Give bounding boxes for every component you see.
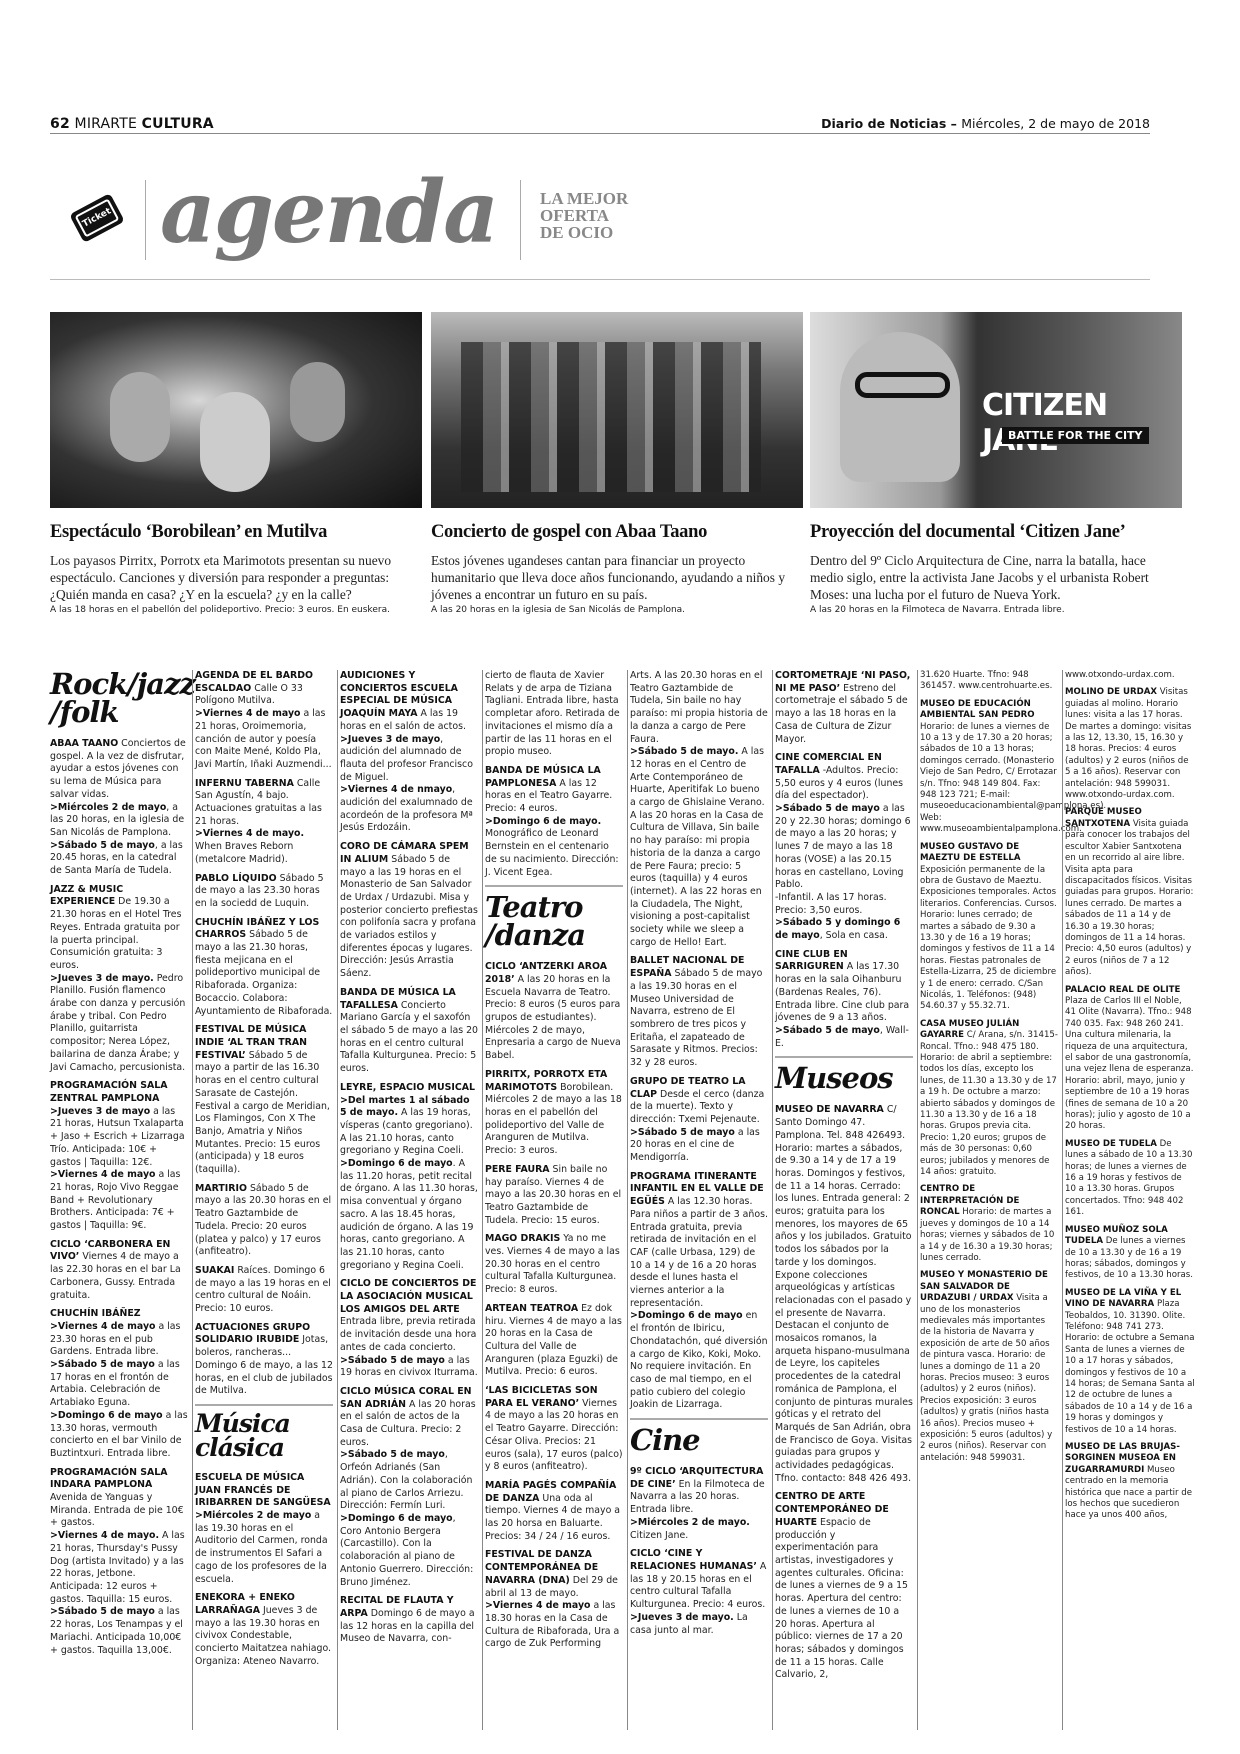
entry-text: 31.620 Huarte. Tfno: 948 361457. www.cen… xyxy=(920,670,1058,693)
entry-date: >Miércoles 2 de mayo xyxy=(50,802,166,813)
entry-text: CENTRO DE ARTE CONTEMPORÁNEO DE HUARTE E… xyxy=(775,1491,913,1682)
entry-title: FESTIVAL DE DANZA CONTEMPORÁNEA DE NAVAR… xyxy=(485,1549,598,1585)
entry-title: ENEKORA + ENEKO LARRAÑAGA xyxy=(195,1592,295,1616)
entry-title: BALLET NACIONAL DE ESPAÑA xyxy=(630,955,744,979)
listing-entry: BANDA DE MÚSICA LA TAFALLESA Concierto M… xyxy=(340,987,478,1076)
entry-date-line: >Sábado 5 de mayo, Wall-E. xyxy=(775,1025,913,1050)
entry-date: >Sábado 5 de mayo xyxy=(775,1025,880,1036)
listing-column: 31.620 Huarte. Tfno: 948 361457. www.cen… xyxy=(920,670,1058,1730)
entry-title: 9º CICLO ‘ARQUITECTURA DE CINE’ xyxy=(630,1466,763,1490)
entry-text: FESTIVAL DE MÚSICA INDIE ‘AL TRAN TRAN F… xyxy=(195,1024,333,1176)
listing-entry: Arts. A las 20.30 horas en el Teatro Gaz… xyxy=(630,670,768,949)
listing-entry: CHUCHÍN IBÁÑEZ >Viernes 4 de mayo a las … xyxy=(50,1308,188,1460)
entry-text: CINE CLUB EN SARRIGUREN A las 17.30 hora… xyxy=(775,949,913,1025)
feature-body: Estos jóvenes ugandeses cantan para fina… xyxy=(431,552,803,603)
entry-text: Arts. A las 20.30 horas en el Teatro Gaz… xyxy=(630,670,768,746)
entry-date-line: >Viernes 4 de mayo. When Braves Reborn (… xyxy=(195,828,333,866)
entry-text: PALACIO REAL DE OLITE Plaza de Carlos II… xyxy=(1065,985,1195,1133)
entry-text: ACTUACIONES GRUPO SOLIDARIO IRUBIDE Jota… xyxy=(195,1322,333,1398)
listing-entry: CORO DE CÁMARA SPEM IN ALIUM Sábado 5 de… xyxy=(340,841,478,981)
section-heading-clasica: Música clásica xyxy=(195,1404,333,1460)
listing-entry: ‘LAS BICICLETAS SON PARA EL VERANO’ Vier… xyxy=(485,1385,623,1474)
entry-text: BANDA DE MÚSICA LA TAFALLESA Concierto M… xyxy=(340,987,478,1076)
listing-entry: CENTRO DE INTERPRETACIÓN DE RONCAL Horar… xyxy=(920,1184,1058,1264)
entry-text: CICLO ‘CINE Y RELACIONES HUMANAS’ A las … xyxy=(630,1548,768,1612)
entry-title: MARTIRIO xyxy=(195,1183,247,1194)
listing-entry: MUSEO GUSTAVO DE MAEZTU DE ESTELLA Expos… xyxy=(920,842,1058,1013)
listing-entry: CORTOMETRAJE ‘NI PASO, NI ME PASO’ Estre… xyxy=(775,670,913,746)
listing-entry: 31.620 Huarte. Tfno: 948 361457. www.cen… xyxy=(920,670,1058,693)
section-heading-teatro: Teatro /danza xyxy=(485,885,623,949)
listing-entry: MARTIRIO Sábado 5 de mayo a las 20.30 ho… xyxy=(195,1183,333,1259)
entry-date: >Viernes 4 de mayo xyxy=(50,1169,156,1180)
entry-date: >Viernes 4 de mayo. xyxy=(50,1530,159,1541)
listing-entry: MUSEO DE TUDELA De lunes a sábado de 10 … xyxy=(1065,1139,1195,1219)
entry-text: PROGRAMACIÓN SALA ZENTRAL PAMPLONA xyxy=(50,1080,188,1105)
entry-title: PABLO LÍQUIDO xyxy=(195,873,277,884)
entry-text: CICLO DE CONCIERTOS DE LA ASOCIACIÓN MUS… xyxy=(340,1278,478,1354)
listing-entry: www.otxondo-urdax.com. xyxy=(1065,670,1195,681)
entry-date-line: >Miércoles 2 de mayo, a las 20 horas, en… xyxy=(50,802,188,840)
entry-text: ABAA TAANO Conciertos de gospel. A la ve… xyxy=(50,738,188,802)
entry-text: www.otxondo-urdax.com. xyxy=(1065,670,1195,681)
entry-text: CORTOMETRAJE ‘NI PASO, NI ME PASO’ Estre… xyxy=(775,670,913,746)
entry-text: CENTRO DE INTERPRETACIÓN DE RONCAL Horar… xyxy=(920,1184,1058,1264)
listing-entry: PALACIO REAL DE OLITE Plaza de Carlos II… xyxy=(1065,985,1195,1133)
entry-title: CORO DE CÁMARA SPEM IN ALIUM xyxy=(340,841,469,865)
section-heading-museos: Museos xyxy=(775,1056,913,1092)
entry-date-line: >Domingo 6 de mayo. Monográfico de Leona… xyxy=(485,816,623,880)
entry-date-line: >Del martes 1 al sábado 5 de mayo. A las… xyxy=(340,1095,478,1159)
entry-text: CINE COMERCIAL EN TAFALLA -Adultos. Prec… xyxy=(775,752,913,803)
listing-entry: cierto de flauta de Xavier Relats y de a… xyxy=(485,670,623,759)
feature-meta: A las 20 horas en la Filmoteca de Navarr… xyxy=(810,605,1182,615)
entry-date-line: >Viernes 4 de mayo a las 18.30 horas en … xyxy=(485,1600,623,1651)
entry-date-line: >Viernes 4 de nmayo, audición del exalum… xyxy=(340,784,478,835)
entry-text: PROGRAMA ITINERANTE INFANTIL EN EL VALLE… xyxy=(630,1171,768,1311)
entry-title: CICLO MÚSICA CORAL EN SAN ADRIÁN xyxy=(340,1386,472,1410)
entry-date: >Domingo 6 de mayo xyxy=(340,1513,453,1524)
entry-date-line: >Jueves 3 de mayo. La casa junto al mar. xyxy=(630,1612,768,1637)
listing-entry: MUSEO DE NAVARRA C/ Santo Domingo 47. Pa… xyxy=(775,1104,913,1485)
entry-text: MUSEO DE LA VIÑA Y EL VINO DE NAVARRA Pl… xyxy=(1065,1288,1195,1436)
entry-title: MUSEO DE EDUCACIÓN AMBIENTAL SAN PEDRO xyxy=(920,699,1035,720)
listing-column: Rock/jazz /folkABAA TAANO Conciertos de … xyxy=(50,670,188,1730)
entry-title: CASA MUSEO JULIÁN GAYARRE xyxy=(920,1019,1019,1040)
listing-entry: PARQUE MUSEO SANTXOTENA Visita guiada pa… xyxy=(1065,807,1195,978)
divider xyxy=(145,180,146,260)
entry-title: FESTIVAL DE MÚSICA INDIE ‘AL TRAN TRAN F… xyxy=(195,1024,307,1060)
listing-column: AGENDA DE EL BARDO ESCALDAO Calle O 33 P… xyxy=(195,670,333,1730)
entry-date: >Domingo 6 de mayo xyxy=(340,1158,453,1169)
listing-entry: BALLET NACIONAL DE ESPAÑA Sábado 5 de ma… xyxy=(630,955,768,1069)
entry-text: CICLO ‘CARBONERA EN VIVO’ Viernes 4 de m… xyxy=(50,1239,188,1303)
listing-entry: PROGRAMACIÓN SALA INDARA PAMPLONA Avenid… xyxy=(50,1467,188,1658)
entry-date: >Sábado 5 de mayo xyxy=(50,1606,155,1617)
entry-text: MUSEO Y MONASTERIO DE SAN SALVADOR DE UR… xyxy=(920,1270,1058,1464)
listing-entry: PERE FAURA Sin baile no hay paraíso. Vie… xyxy=(485,1164,623,1228)
entry-text: PABLO LÍQUIDO Sábado 5 de mayo a las 23.… xyxy=(195,873,333,911)
entry-title: AGENDA DE EL BARDO ESCALDAO xyxy=(195,670,313,694)
entry-text: CHUCHÍN IBÁÑEZ xyxy=(50,1308,188,1321)
listing-entry: MUSEO Y MONASTERIO DE SAN SALVADOR DE UR… xyxy=(920,1270,1058,1464)
listing-entry: MUSEO DE LA VIÑA Y EL VINO DE NAVARRA Pl… xyxy=(1065,1288,1195,1436)
entry-text: MUSEO DE NAVARRA C/ Santo Domingo 47. Pa… xyxy=(775,1104,913,1485)
ticket-icon: Ticket xyxy=(69,193,125,243)
listing-entry: FESTIVAL DE MÚSICA INDIE ‘AL TRAN TRAN F… xyxy=(195,1024,333,1176)
entry-date: >Sábado 5 de mayo xyxy=(630,1127,735,1138)
section-heading-cine: Cine xyxy=(630,1418,768,1454)
listing-entry: CINE CLUB EN SARRIGUREN A las 17.30 hora… xyxy=(775,949,913,1051)
entry-date: >Viernes 4 de nmayo xyxy=(340,784,452,795)
entry-text: MUSEO DE LAS BRUJAS-SORGINEN MUSEOA EN Z… xyxy=(1065,1442,1195,1522)
listing-entry: SUAKAI Raíces. Domingo 6 de mayo a las 1… xyxy=(195,1265,333,1316)
entry-title: ‘LAS BICICLETAS SON PARA EL VERANO’ xyxy=(485,1385,598,1409)
listing-entry: CICLO ‘ANTZERKI AROA 2018’ A las 20 hora… xyxy=(485,961,623,1063)
entry-title: MUSEO DE LA VIÑA Y EL VINO DE NAVARRA xyxy=(1065,1288,1181,1309)
entry-text: LEYRE, ESPACIO MUSICAL xyxy=(340,1082,478,1095)
listing-column: cierto de flauta de Xavier Relats y de a… xyxy=(485,670,623,1730)
entry-title: ACTUACIONES GRUPO SOLIDARIO IRUBIDE xyxy=(195,1322,310,1346)
listing-entry: ENEKORA + ENEKO LARRAÑAGA Jueves 3 de ma… xyxy=(195,1592,333,1668)
entry-title: RECITAL DE FLAUTA Y ARPA xyxy=(340,1595,454,1619)
feature-title: Concierto de gospel con Abaa Taano xyxy=(431,522,803,543)
section-label: 62 MIRARTE CULTURA xyxy=(50,116,214,132)
entry-text: MARTIRIO Sábado 5 de mayo a las 20.30 ho… xyxy=(195,1183,333,1259)
entry-date-line: >Sábado 5 de mayo a las 22 horas, Los Te… xyxy=(50,1606,188,1657)
entry-title: CICLO ‘CARBONERA EN VIVO’ xyxy=(50,1239,170,1263)
entry-text: SUAKAI Raíces. Domingo 6 de mayo a las 1… xyxy=(195,1265,333,1316)
listing-entry: MAGO DRAKIS Ya no me ves. Viernes 4 de m… xyxy=(485,1233,623,1297)
entry-date: >Miércoles 2 de mayo. xyxy=(630,1517,750,1528)
listing-entry: RECITAL DE FLAUTA Y ARPA Domingo 6 de ma… xyxy=(340,1595,478,1646)
entry-date-line: -Infantil. A las 17 horas. Precio: 3,50 … xyxy=(775,892,913,917)
entry-date: >Sábado 5 de mayo xyxy=(50,840,155,851)
entry-title: CORTOMETRAJE ‘NI PASO, NI ME PASO’ xyxy=(775,670,910,694)
entry-text: JAZZ & MUSIC EXPERIENCE De 19.30 a 21.30… xyxy=(50,884,188,973)
entry-date: >Jueves 3 de mayo xyxy=(340,734,440,745)
entry-title: JAZZ & MUSIC EXPERIENCE xyxy=(50,884,123,908)
listing-entry: CHUCHÍN IBÁÑEZ Y LOS CHARROS Sábado 5 de… xyxy=(195,917,333,1019)
entry-date-line: >Sábado 5 y domingo 6 de mayo, Sola en c… xyxy=(775,917,913,942)
entry-text: PROGRAMACIÓN SALA INDARA PAMPLONA Avenid… xyxy=(50,1467,188,1531)
photo-citizen-jane-poster: CITIZEN JANE BATTLE FOR THE CITY xyxy=(810,312,1182,508)
feature-title: Proyección del documental ‘Citizen Jane’ xyxy=(810,522,1182,543)
entry-title: ABAA TAANO xyxy=(50,738,118,749)
entry-text: MARÍA PAGÉS COMPAÑÍA DE DANZA Una oda al… xyxy=(485,1480,623,1544)
listing-entry: PIRRITX, PORROTX ETA MARIMOTOTS Borobile… xyxy=(485,1069,623,1158)
entry-title: CICLO ‘ANTZERKI AROA 2018’ xyxy=(485,961,607,985)
entry-date: >Sábado 5 y domingo 6 de mayo xyxy=(775,917,900,941)
entry-text: MUSEO GUSTAVO DE MAEZTU DE ESTELLA Expos… xyxy=(920,842,1058,1013)
listing-entry: ACTUACIONES GRUPO SOLIDARIO IRUBIDE Jota… xyxy=(195,1322,333,1398)
entry-date-line: >Domingo 6 de mayo, Coro Antonio Bergera… xyxy=(340,1513,478,1589)
listing-entry: CICLO ‘CINE Y RELACIONES HUMANAS’ A las … xyxy=(630,1548,768,1637)
entry-title: CINE CLUB EN SARRIGUREN xyxy=(775,949,848,973)
photo-gospel-choir xyxy=(431,312,803,508)
listing-entry: MUSEO DE LAS BRUJAS-SORGINEN MUSEOA EN Z… xyxy=(1065,1442,1195,1522)
entry-text: FESTIVAL DE DANZA CONTEMPORÁNEA DE NAVAR… xyxy=(485,1549,623,1600)
entry-date-line: >Domingo 6 de mayo a las 13.30 horas, ve… xyxy=(50,1410,188,1461)
entry-title: MUSEO Y MONASTERIO DE SAN SALVADOR DE UR… xyxy=(920,1270,1048,1303)
listing-entry: CICLO MÚSICA CORAL EN SAN ADRIÁN A las 2… xyxy=(340,1386,478,1589)
entry-date-line: >Sábado 5 de mayo a las 20 y 22.30 horas… xyxy=(775,803,913,892)
listing-entry: AUDICIONES Y CONCIERTOS ESCUELA ESPECIAL… xyxy=(340,670,478,835)
entry-date: >Sábado 5 de mayo. xyxy=(630,746,738,757)
entry-text: MOLINO DE URDAX Visitas guiadas al molin… xyxy=(1065,687,1195,801)
entry-title: CICLO DE CONCIERTOS DE LA ASOCIACIÓN MUS… xyxy=(340,1278,476,1314)
entry-date: >Del martes 1 al sábado 5 de mayo. xyxy=(340,1095,470,1119)
entry-text: RECITAL DE FLAUTA Y ARPA Domingo 6 de ma… xyxy=(340,1595,478,1646)
entry-date: >Jueves 3 de mayo. xyxy=(630,1612,734,1623)
listing-entry: CASA MUSEO JULIÁN GAYARRE C/ Arana, s/n.… xyxy=(920,1019,1058,1179)
listing-entry: FESTIVAL DE DANZA CONTEMPORÁNEA DE NAVAR… xyxy=(485,1549,623,1651)
divider xyxy=(520,180,521,260)
entry-text: AGENDA DE EL BARDO ESCALDAO Calle O 33 P… xyxy=(195,670,333,708)
entry-date: >Sábado 5 de mayo xyxy=(775,803,880,814)
entry-title: PARQUE MUSEO SANTXOTENA xyxy=(1065,807,1142,828)
entry-date: >Jueves 3 de mayo xyxy=(50,1106,150,1117)
entry-date-line: >Viernes 4 de mayo. A las 21 horas, Thur… xyxy=(50,1530,188,1606)
listing-column: AUDICIONES Y CONCIERTOS ESCUELA ESPECIAL… xyxy=(340,670,478,1730)
listing-entry: AGENDA DE EL BARDO ESCALDAO Calle O 33 P… xyxy=(195,670,333,772)
entry-date-line: >Miércoles 2 de mayo. Citizen Jane. xyxy=(630,1517,768,1542)
listing-entry: 9º CICLO ‘ARQUITECTURA DE CINE’ En la Fi… xyxy=(630,1466,768,1542)
entry-title: PIRRITX, PORROTX ETA MARIMOTOTS xyxy=(485,1069,607,1093)
feature-title: Espectáculo ‘Borobilean’ en Mutilva xyxy=(50,522,422,543)
listing-column: CORTOMETRAJE ‘NI PASO, NI ME PASO’ Estre… xyxy=(775,670,913,1730)
entry-text: GRUPO DE TEATRO LA CLAP Desde el cerco (… xyxy=(630,1076,768,1127)
entry-title: BANDA DE MÚSICA LA PAMPLONESA xyxy=(485,765,601,789)
entry-text: CASA MUSEO JULIÁN GAYARRE C/ Arana, s/n.… xyxy=(920,1019,1058,1179)
listing-entry: MUSEO MUÑOZ SOLA TUDELA De lunes a viern… xyxy=(1065,1225,1195,1282)
entry-date: >Domingo 6 de mayo. xyxy=(485,816,601,827)
entry-text: BALLET NACIONAL DE ESPAÑA Sábado 5 de ma… xyxy=(630,955,768,1069)
entry-title: PROGRAMACIÓN SALA INDARA PAMPLONA xyxy=(50,1467,168,1491)
entry-title: SUAKAI xyxy=(195,1265,234,1276)
entry-title: MUSEO GUSTAVO DE MAEZTU DE ESTELLA xyxy=(920,842,1021,863)
feature-citizen-jane: Proyección del documental ‘Citizen Jane’… xyxy=(810,522,1182,615)
entry-date-line: >Viernes 4 de mayo a las 21 horas, Oroim… xyxy=(195,708,333,772)
entry-date-line: >Sábado 5 de mayo a las 20 horas en el c… xyxy=(630,1127,768,1165)
entry-date-line: >Sábado 5 de mayo, a las 20.45 horas, en… xyxy=(50,840,188,878)
entry-date: >Sábado 5 de mayo xyxy=(340,1449,445,1460)
entry-date-line: >Miércoles 2 de mayo a las 19.30 horas e… xyxy=(195,1510,333,1586)
entry-text: MUSEO DE TUDELA De lunes a sábado de 10 … xyxy=(1065,1139,1195,1219)
listing-entry: PROGRAMA ITINERANTE INFANTIL EN EL VALLE… xyxy=(630,1171,768,1412)
entry-text: INFERNU TABERNA Calle San Agustín, 4 baj… xyxy=(195,778,333,829)
listing-entry: PABLO LÍQUIDO Sábado 5 de mayo a las 23.… xyxy=(195,873,333,911)
entry-date-line: >Jueves 3 de mayo. Pedro Planillo. Fusió… xyxy=(50,973,188,1075)
entry-title: MUSEO DE NAVARRA xyxy=(775,1104,884,1115)
entry-title: MUSEO DE TUDELA xyxy=(1065,1139,1157,1149)
poster-title: CITIZEN JANE xyxy=(982,388,1182,458)
feature-meta: A las 18 horas en el pabellón del polide… xyxy=(50,605,422,615)
entry-title: MARÍA PAGÉS COMPAÑÍA DE DANZA xyxy=(485,1480,616,1504)
entry-title: ARTEAN TEATROA xyxy=(485,1303,578,1314)
entry-title: PROGRAMA ITINERANTE INFANTIL EN EL VALLE… xyxy=(630,1171,764,1207)
entry-title: CENTRO DE ARTE CONTEMPORÁNEO DE HUARTE xyxy=(775,1491,889,1527)
entry-text: BANDA DE MÚSICA LA PAMPLONESA A las 12 h… xyxy=(485,765,623,816)
feature-meta: A las 20 horas en la iglesia de San Nico… xyxy=(431,605,803,615)
entry-date: >Miércoles 2 de mayo xyxy=(195,1510,311,1521)
entry-title: CHUCHÍN IBÁÑEZ Y LOS CHARROS xyxy=(195,917,319,941)
entry-text: PARQUE MUSEO SANTXOTENA Visita guiada pa… xyxy=(1065,807,1195,978)
entry-title: PERE FAURA xyxy=(485,1164,550,1175)
entry-date-line: >Domingo 6 de mayo en el frontón de Ibir… xyxy=(630,1310,768,1412)
listing-entry: JAZZ & MUSIC EXPERIENCE De 19.30 a 21.30… xyxy=(50,884,188,1075)
entry-title: PALACIO REAL DE OLITE xyxy=(1065,985,1180,995)
entry-text: cierto de flauta de Xavier Relats y de a… xyxy=(485,670,623,759)
entry-date-line: >Viernes 4 de mayo a las 21 horas, Rojo … xyxy=(50,1169,188,1233)
entry-title: CICLO ‘CINE Y RELACIONES HUMANAS’ xyxy=(630,1548,757,1572)
listing-entry: ABAA TAANO Conciertos de gospel. A la ve… xyxy=(50,738,188,878)
listing-entry: PROGRAMACIÓN SALA ZENTRAL PAMPLONA >Juev… xyxy=(50,1080,188,1232)
entry-date-line: >Jueves 3 de mayo a las 21 horas, Hutsun… xyxy=(50,1106,188,1170)
listing-entry: GRUPO DE TEATRO LA CLAP Desde el cerco (… xyxy=(630,1076,768,1165)
entry-date-line: >Domingo 6 de mayo. A las 11.20 horas, p… xyxy=(340,1158,478,1272)
section-heading-rock: Rock/jazz /folk xyxy=(50,670,188,726)
entry-text: AUDICIONES Y CONCIERTOS ESCUELA ESPECIAL… xyxy=(340,670,478,734)
entry-title: CENTRO DE INTERPRETACIÓN DE RONCAL xyxy=(920,1184,1019,1217)
entry-date: >Domingo 6 de mayo xyxy=(630,1310,743,1321)
entry-title: MUSEO DE LAS BRUJAS-SORGINEN MUSEOA EN Z… xyxy=(1065,1442,1180,1475)
entry-date: >Viernes 4 de mayo xyxy=(50,1321,156,1332)
listing-entry: ARTEAN TEATROA Ez dok hiru. Viernes 4 de… xyxy=(485,1303,623,1379)
feature-body: Los payasos Pirritx, Porrotx eta Marimot… xyxy=(50,552,422,603)
entry-title: GRUPO DE TEATRO LA CLAP xyxy=(630,1076,745,1100)
page-header: 62 MIRARTE CULTURA Diario de Noticias – … xyxy=(50,116,1150,134)
entry-text: CHUCHÍN IBÁÑEZ Y LOS CHARROS Sábado 5 de… xyxy=(195,917,333,1019)
entry-text: ARTEAN TEATROA Ez dok hiru. Viernes 4 de… xyxy=(485,1303,623,1379)
listing-column: Arts. A las 20.30 horas en el Teatro Gaz… xyxy=(630,670,768,1730)
listing-entry: MOLINO DE URDAX Visitas guiadas al molin… xyxy=(1065,687,1195,801)
entry-title: INFERNU TABERNA xyxy=(195,778,294,789)
entry-title: LEYRE, ESPACIO MUSICAL xyxy=(340,1082,475,1093)
entry-date: >Viernes 4 de mayo. xyxy=(195,828,304,839)
entry-title: AUDICIONES Y CONCIERTOS ESCUELA ESPECIAL… xyxy=(340,670,458,719)
entry-title: BANDA DE MÚSICA LA TAFALLESA xyxy=(340,987,456,1011)
entry-text: PIRRITX, PORROTX ETA MARIMOTOTS Borobile… xyxy=(485,1069,623,1158)
entry-text: ENEKORA + ENEKO LARRAÑAGA Jueves 3 de ma… xyxy=(195,1592,333,1668)
paper-date: Diario de Noticias – Miércoles, 2 de may… xyxy=(821,116,1150,131)
listing-entry: INFERNU TABERNA Calle San Agustín, 4 baj… xyxy=(195,778,333,867)
listing-entry: CICLO DE CONCIERTOS DE LA ASOCIACIÓN MUS… xyxy=(340,1278,478,1380)
listing-entry: MUSEO DE EDUCACIÓN AMBIENTAL SAN PEDRO H… xyxy=(920,699,1058,836)
entry-title: PROGRAMACIÓN SALA ZENTRAL PAMPLONA xyxy=(50,1080,168,1104)
masthead-tagline: LA MEJOROFERTADE OCIO xyxy=(540,190,660,241)
listing-entry: BANDA DE MÚSICA LA PAMPLONESA A las 12 h… xyxy=(485,765,623,879)
entry-title: MUSEO MUÑOZ SOLA TUDELA xyxy=(1065,1225,1168,1246)
entry-title: MOLINO DE URDAX xyxy=(1065,687,1157,697)
entry-text: CICLO MÚSICA CORAL EN SAN ADRIÁN A las 2… xyxy=(340,1386,478,1450)
entry-text: PERE FAURA Sin baile no hay paraíso. Vie… xyxy=(485,1164,623,1228)
listing-entry: LEYRE, ESPACIO MUSICAL >Del martes 1 al … xyxy=(340,1082,478,1273)
entry-text: ‘LAS BICICLETAS SON PARA EL VERANO’ Vier… xyxy=(485,1385,623,1474)
photo-clowns xyxy=(50,312,422,508)
entry-date: >Viernes 4 de mayo xyxy=(195,708,301,719)
feature-borobilean: Espectáculo ‘Borobilean’ en Mutilva Los … xyxy=(50,522,422,615)
entry-text: CORO DE CÁMARA SPEM IN ALIUM Sábado 5 de… xyxy=(340,841,478,981)
entry-date: >Jueves 3 de mayo. xyxy=(50,973,154,984)
entry-text: MUSEO MUÑOZ SOLA TUDELA De lunes a viern… xyxy=(1065,1225,1195,1282)
entry-title: ESCUELA DE MÚSICA JUAN FRANCÉS DE IRIBAR… xyxy=(195,1472,331,1508)
entry-date-line: >Sábado 5 de mayo a las 19 horas en civi… xyxy=(340,1355,478,1380)
entry-text: CICLO ‘ANTZERKI AROA 2018’ A las 20 hora… xyxy=(485,961,623,1063)
listing-entry: MARÍA PAGÉS COMPAÑÍA DE DANZA Una oda al… xyxy=(485,1480,623,1544)
feature-gospel: Concierto de gospel con Abaa Taano Estos… xyxy=(431,522,803,615)
entry-title: CINE COMERCIAL EN TAFALLA xyxy=(775,752,882,776)
poster-subtitle: BATTLE FOR THE CITY xyxy=(1002,427,1149,444)
entry-date-line: >Jueves 3 de mayo, audición del alumnado… xyxy=(340,734,478,785)
entry-date-line: >Sábado 5 de mayo. A las 12 horas en el … xyxy=(630,746,768,949)
listing-column: www.otxondo-urdax.com.MOLINO DE URDAX Vi… xyxy=(1065,670,1195,1730)
entry-date-line: >Viernes 4 de mayo a las 23.30 horas en … xyxy=(50,1321,188,1359)
entry-text: MAGO DRAKIS Ya no me ves. Viernes 4 de m… xyxy=(485,1233,623,1297)
feature-body: Dentro del 9º Ciclo Arquitectura de Cine… xyxy=(810,552,1182,603)
listing-entry: CENTRO DE ARTE CONTEMPORÁNEO DE HUARTE E… xyxy=(775,1491,913,1682)
entry-text: ESCUELA DE MÚSICA JUAN FRANCÉS DE IRIBAR… xyxy=(195,1472,333,1510)
entry-date-line: >Sábado 5 de mayo a las 17 horas en el f… xyxy=(50,1359,188,1410)
entry-date: >Domingo 6 de mayo xyxy=(50,1410,163,1421)
entry-date: >Sábado 5 de mayo xyxy=(50,1359,155,1370)
entry-date: >Sábado 5 de mayo xyxy=(340,1355,445,1366)
listing-entry: CICLO ‘CARBONERA EN VIVO’ Viernes 4 de m… xyxy=(50,1239,188,1303)
entry-date-line: >Sábado 5 de mayo, Orfeón Adrianés (San … xyxy=(340,1449,478,1513)
entry-text: 9º CICLO ‘ARQUITECTURA DE CINE’ En la Fi… xyxy=(630,1466,768,1517)
agenda-masthead: Ticket agenda LA MEJOROFERTADE OCIO xyxy=(50,170,1150,280)
entry-title: CHUCHÍN IBÁÑEZ xyxy=(50,1308,141,1319)
entry-text: MUSEO DE EDUCACIÓN AMBIENTAL SAN PEDRO H… xyxy=(920,699,1058,836)
entry-title: MAGO DRAKIS xyxy=(485,1233,560,1244)
entry-date: >Viernes 4 de mayo xyxy=(485,1600,591,1611)
listing-entry: CINE COMERCIAL EN TAFALLA -Adultos. Prec… xyxy=(775,752,913,943)
listing-entry: ESCUELA DE MÚSICA JUAN FRANCÉS DE IRIBAR… xyxy=(195,1472,333,1586)
masthead-title: agenda xyxy=(160,162,497,263)
